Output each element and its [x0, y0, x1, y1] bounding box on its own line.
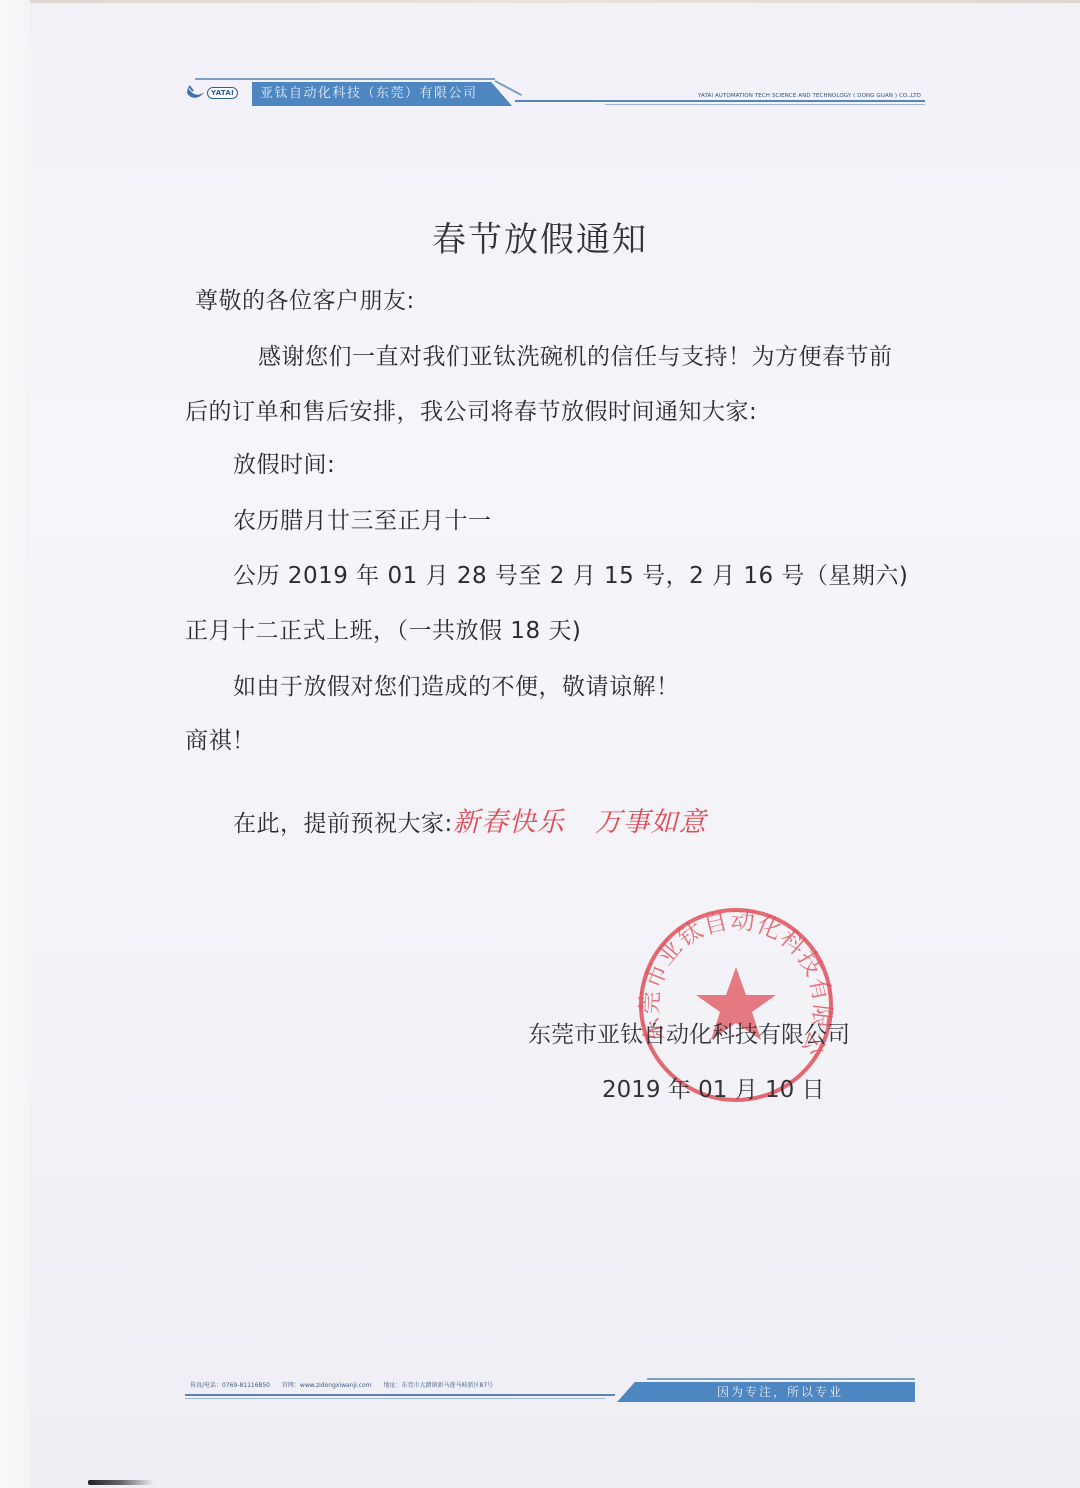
footer-address: 地址：东莞市大朗镇新马莲马岐新区87号	[384, 1382, 494, 1389]
footer-website: 官网：www.zidongxiwanji.com	[282, 1382, 372, 1389]
apology-line: 如由于放假对您们造成的不便，敬请谅解！	[233, 668, 680, 701]
footer-rule-thin	[185, 1398, 605, 1399]
closing-line: 商祺！	[185, 722, 256, 755]
letterhead: YATAI 亚钛自动化科技（东莞）有限公司 YATAI AUTOMATION T…	[185, 76, 925, 110]
footer-slogan: 因为专注，所以专业	[717, 1383, 843, 1401]
salutation: 尊敬的各位客户朋友:	[195, 282, 415, 315]
scanned-notice-page: YATAI 亚钛自动化科技（东莞）有限公司 YATAI AUTOMATION T…	[0, 0, 1080, 1488]
intro-line-2: 后的订单和售后安排，我公司将春节放假时间通知大家:	[185, 393, 757, 426]
holiday-label: 放假时间:	[233, 446, 335, 479]
wish-new-year: 新春快乐	[453, 807, 565, 838]
gregorian-range-1: 公历 2019 年 01 月 28 号至 2 月 15 号，2 月 16 号（星…	[233, 557, 908, 590]
signature-company: 东莞市亚钛自动化科技有限公司	[528, 1016, 850, 1049]
letter-footer: 传真/电话：0769-81116850 官网：www.zidongxiwanji…	[185, 1376, 915, 1406]
company-logo: YATAI	[185, 80, 245, 106]
wish-all-the-best: 万事如意	[595, 807, 707, 838]
paper-top-edge	[0, 0, 1080, 3]
wishes-prefix: 在此，提前预祝大家:	[233, 811, 453, 837]
footer-contact-info: 传真/电话：0769-81116850 官网：www.zidongxiwanji…	[190, 1380, 503, 1389]
wishes-line: 在此，提前预祝大家:新春快乐万事如意	[233, 800, 707, 839]
letterhead-rule	[515, 100, 925, 102]
gregorian-range-2: 正月十二正式上班，（一共放假 18 天)	[185, 612, 581, 645]
letterhead-english-name: YATAI AUTOMATION TECH SCIENCE AND TECHNO…	[698, 93, 921, 99]
scan-artifact-mark	[88, 1480, 154, 1485]
notice-title: 春节放假通知	[0, 212, 1080, 261]
lunar-range: 农历腊月廿三至正月十一	[233, 502, 492, 535]
footer-rule	[185, 1394, 615, 1396]
logo-wordmark: YATAI	[207, 87, 238, 99]
signature-date: 2019 年 01 月 10 日	[602, 1071, 825, 1104]
footer-top-line	[647, 1378, 915, 1380]
letterhead-rule-thin	[605, 104, 925, 105]
intro-line-1: 感谢您们一直对我们亚钛洗碗机的信任与支持！为方便春节前	[258, 338, 893, 371]
footer-phone: 传真/电话：0769-81116850	[190, 1382, 270, 1389]
letterhead-company-name: 亚钛自动化科技（东莞）有限公司	[260, 84, 478, 104]
swoosh-logo-icon	[185, 83, 205, 103]
